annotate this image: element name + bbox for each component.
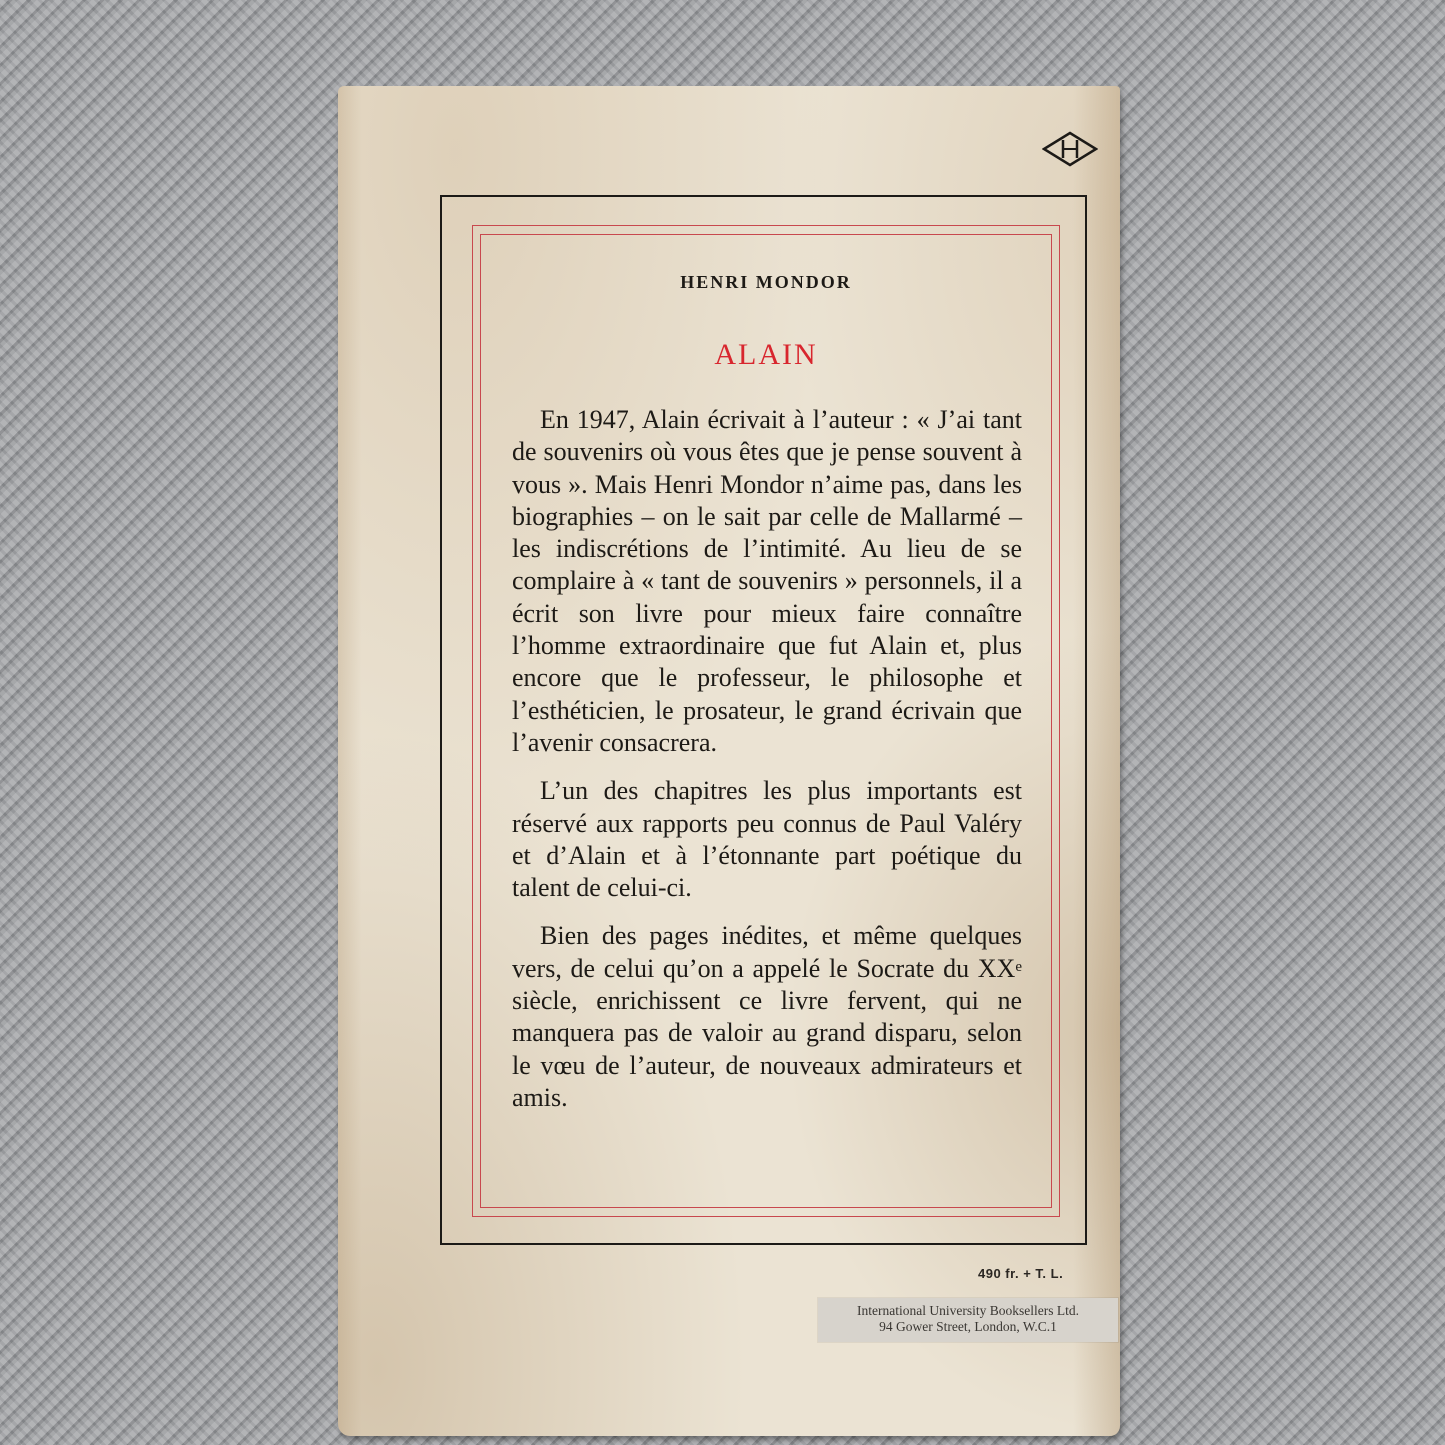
blurb-panel: HENRI MONDOR ALAIN En 1947, Alain écriva… xyxy=(480,234,1052,1208)
book-title: ALAIN xyxy=(480,338,1052,372)
blurb-text: En 1947, Alain écrivait à l’auteur : « J… xyxy=(512,404,1022,1130)
superscript-e: e xyxy=(1015,959,1022,975)
author-name: HENRI MONDOR xyxy=(480,272,1052,293)
sticker-line-2: 94 Gower Street, London, W.C.1 xyxy=(818,1319,1118,1335)
paragraph-3-part-1: Bien des pages inédites, et même quelque… xyxy=(512,921,1022,982)
blurb-paragraph-2: L’un des chapitres les plus importants e… xyxy=(512,775,1022,904)
paragraph-3-part-2: siècle, enrichissent ce livre fervent, q… xyxy=(512,986,1022,1112)
blurb-paragraph-3: Bien des pages inédites, et même quelque… xyxy=(512,920,1022,1114)
publisher-logo-icon xyxy=(1042,131,1098,167)
sticker-line-1: International University Booksellers Ltd… xyxy=(818,1303,1118,1319)
blurb-paragraph-1: En 1947, Alain écrivait à l’auteur : « J… xyxy=(512,404,1022,759)
price-label: 490 fr. + T. L. xyxy=(978,1266,1063,1281)
bookseller-sticker: International University Booksellers Ltd… xyxy=(818,1298,1118,1342)
book-back-cover: HENRI MONDOR ALAIN En 1947, Alain écriva… xyxy=(338,86,1120,1436)
